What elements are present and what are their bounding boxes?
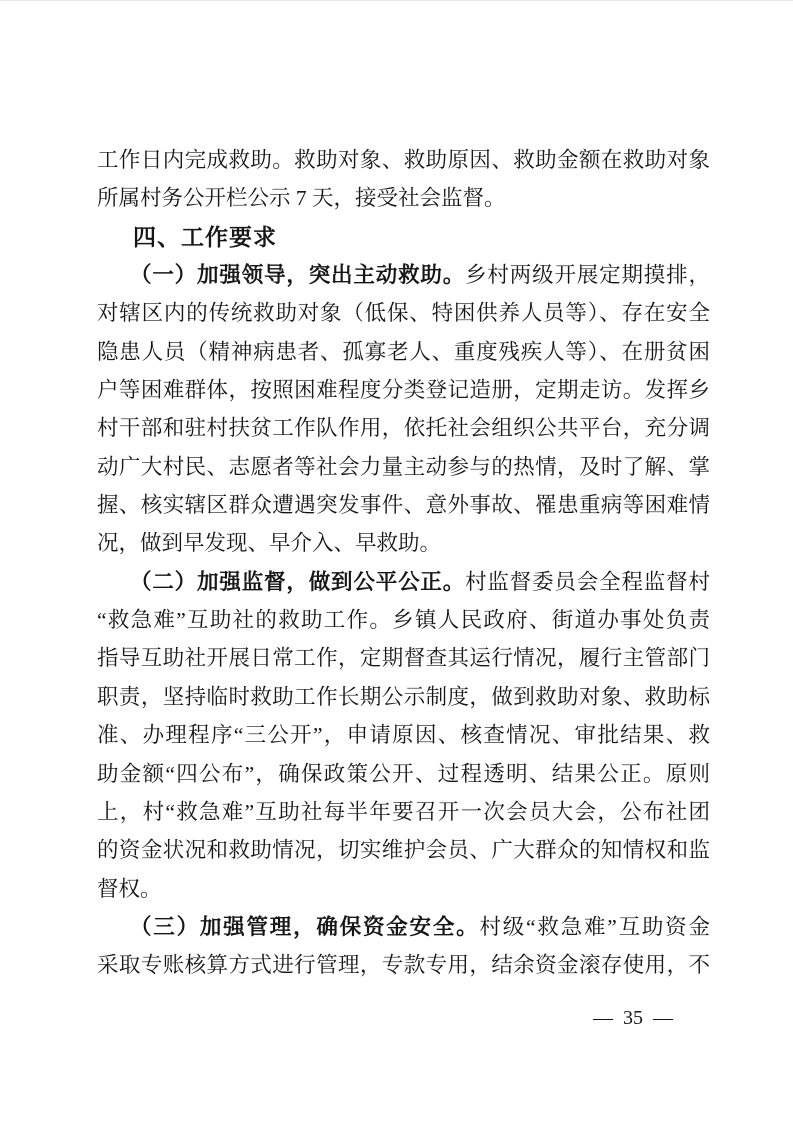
text-line: 工作日内完成救助。救助对象、救助原因、救助金额在救助对象 bbox=[97, 141, 710, 179]
body-text: 督权。 bbox=[97, 877, 162, 901]
emphasized-text: （二）加强监督，做到公平公正。 bbox=[130, 570, 465, 594]
body-text: 动广大村民、志愿者等社会力量主动参与的热情，及时了解、掌 bbox=[97, 455, 710, 479]
body-text: 户等困难群体，按照困难程度分类登记造册，定期走访。发挥乡 bbox=[97, 378, 710, 402]
text-line: 况，做到早发现、早介入、早救助。 bbox=[97, 524, 710, 562]
body-text: 握、核实辖区群众遭遇突发事件、意外事故、罹患重病等困难情 bbox=[97, 493, 710, 517]
body-text: 对辖区内的传统救助对象（低保、特困供养人员等）、存在安全 bbox=[97, 301, 710, 325]
text-line: 所属村务公开栏公示 7 天，接受社会监督。 bbox=[97, 179, 710, 217]
text-line: 对辖区内的传统救助对象（低保、特困供养人员等）、存在安全 bbox=[97, 294, 710, 332]
body-text: 助金额“四公布”，确保政策公开、过程透明、结果公正。原则 bbox=[97, 762, 710, 786]
body-text: 况，做到早发现、早介入、早救助。 bbox=[97, 531, 441, 555]
document-body: 工作日内完成救助。救助对象、救助原因、救助金额在救助对象所属村务公开栏公示 7 … bbox=[97, 141, 710, 985]
body-text: 采取专账核算方式进行管理，专款专用，结余资金滚存使用，不 bbox=[97, 953, 710, 977]
page-number: — 35 — bbox=[563, 1006, 703, 1030]
text-line: （二）加强监督，做到公平公正。村监督委员会全程监督村 bbox=[97, 563, 710, 601]
text-line: 准、办理程序“三公开”，申请原因、核查情况、审批结果、救 bbox=[97, 716, 710, 754]
body-text: 村监督委员会全程监督村 bbox=[465, 570, 710, 594]
body-text: 村干部和驻村扶贫工作队作用，依托社会组织公共平台，充分调 bbox=[97, 416, 710, 440]
body-text: 隐患人员（精神病患者、孤寡老人、重度残疾人等）、在册贫困 bbox=[97, 340, 710, 364]
body-text: 所属村务公开栏公示 7 天，接受社会监督。 bbox=[97, 186, 506, 210]
section-heading: 四、工作要求 bbox=[97, 218, 710, 256]
emphasized-text: （三）加强管理，确保资金安全。 bbox=[130, 915, 479, 939]
text-line: “救急难”互助社的救助工作。乡镇人民政府、街道办事处负责 bbox=[97, 601, 710, 639]
body-text: 的资金状况和救助情况，切实维护会员、广大群众的知情权和监 bbox=[97, 838, 710, 862]
emphasized-text: （一）加强领导，突出主动救助。 bbox=[130, 263, 465, 287]
text-line: 采取专账核算方式进行管理，专款专用，结余资金滚存使用，不 bbox=[97, 946, 710, 984]
body-text: “救急难”互助社的救助工作。乡镇人民政府、街道办事处负责 bbox=[97, 608, 710, 632]
text-line: 职责，坚持临时救助工作长期公示制度，做到救助对象、救助标 bbox=[97, 678, 710, 716]
text-line: 的资金状况和救助情况，切实维护会员、广大群众的知情权和监 bbox=[97, 831, 710, 869]
body-text: 乡村两级开展定期摸排， bbox=[465, 263, 710, 287]
text-line: 隐患人员（精神病患者、孤寡老人、重度残疾人等）、在册贫困 bbox=[97, 333, 710, 371]
text-line: 助金额“四公布”，确保政策公开、过程透明、结果公正。原则 bbox=[97, 755, 710, 793]
text-line: 村干部和驻村扶贫工作队作用，依托社会组织公共平台，充分调 bbox=[97, 409, 710, 447]
body-text: 准、办理程序“三公开”，申请原因、核查情况、审批结果、救 bbox=[97, 723, 710, 747]
text-line: 动广大村民、志愿者等社会力量主动参与的热情，及时了解、掌 bbox=[97, 448, 710, 486]
text-line: 指导互助社开展日常工作，定期督查其运行情况，履行主管部门 bbox=[97, 639, 710, 677]
text-line: 督权。 bbox=[97, 870, 710, 908]
text-line: 上，村“救急难”互助社每半年要召开一次会员大会，公布社团 bbox=[97, 793, 710, 831]
text-line: （一）加强领导，突出主动救助。乡村两级开展定期摸排， bbox=[97, 256, 710, 294]
body-text: 村级“救急难”互助资金 bbox=[479, 915, 710, 939]
body-text: 工作日内完成救助。救助对象、救助原因、救助金额在救助对象 bbox=[97, 148, 710, 172]
emphasized-text: 四、工作要求 bbox=[133, 224, 277, 250]
text-line: 户等困难群体，按照困难程度分类登记造册，定期走访。发挥乡 bbox=[97, 371, 710, 409]
body-text: 上，村“救急难”互助社每半年要召开一次会员大会，公布社团 bbox=[97, 800, 710, 824]
text-line: （三）加强管理，确保资金安全。村级“救急难”互助资金 bbox=[97, 908, 710, 946]
text-line: 握、核实辖区群众遭遇突发事件、意外事故、罹患重病等困难情 bbox=[97, 486, 710, 524]
document-page: 工作日内完成救助。救助对象、救助原因、救助金额在救助对象所属村务公开栏公示 7 … bbox=[0, 0, 793, 1122]
body-text: 职责，坚持临时救助工作长期公示制度，做到救助对象、救助标 bbox=[97, 685, 710, 709]
body-text: 指导互助社开展日常工作，定期督查其运行情况，履行主管部门 bbox=[97, 646, 710, 670]
